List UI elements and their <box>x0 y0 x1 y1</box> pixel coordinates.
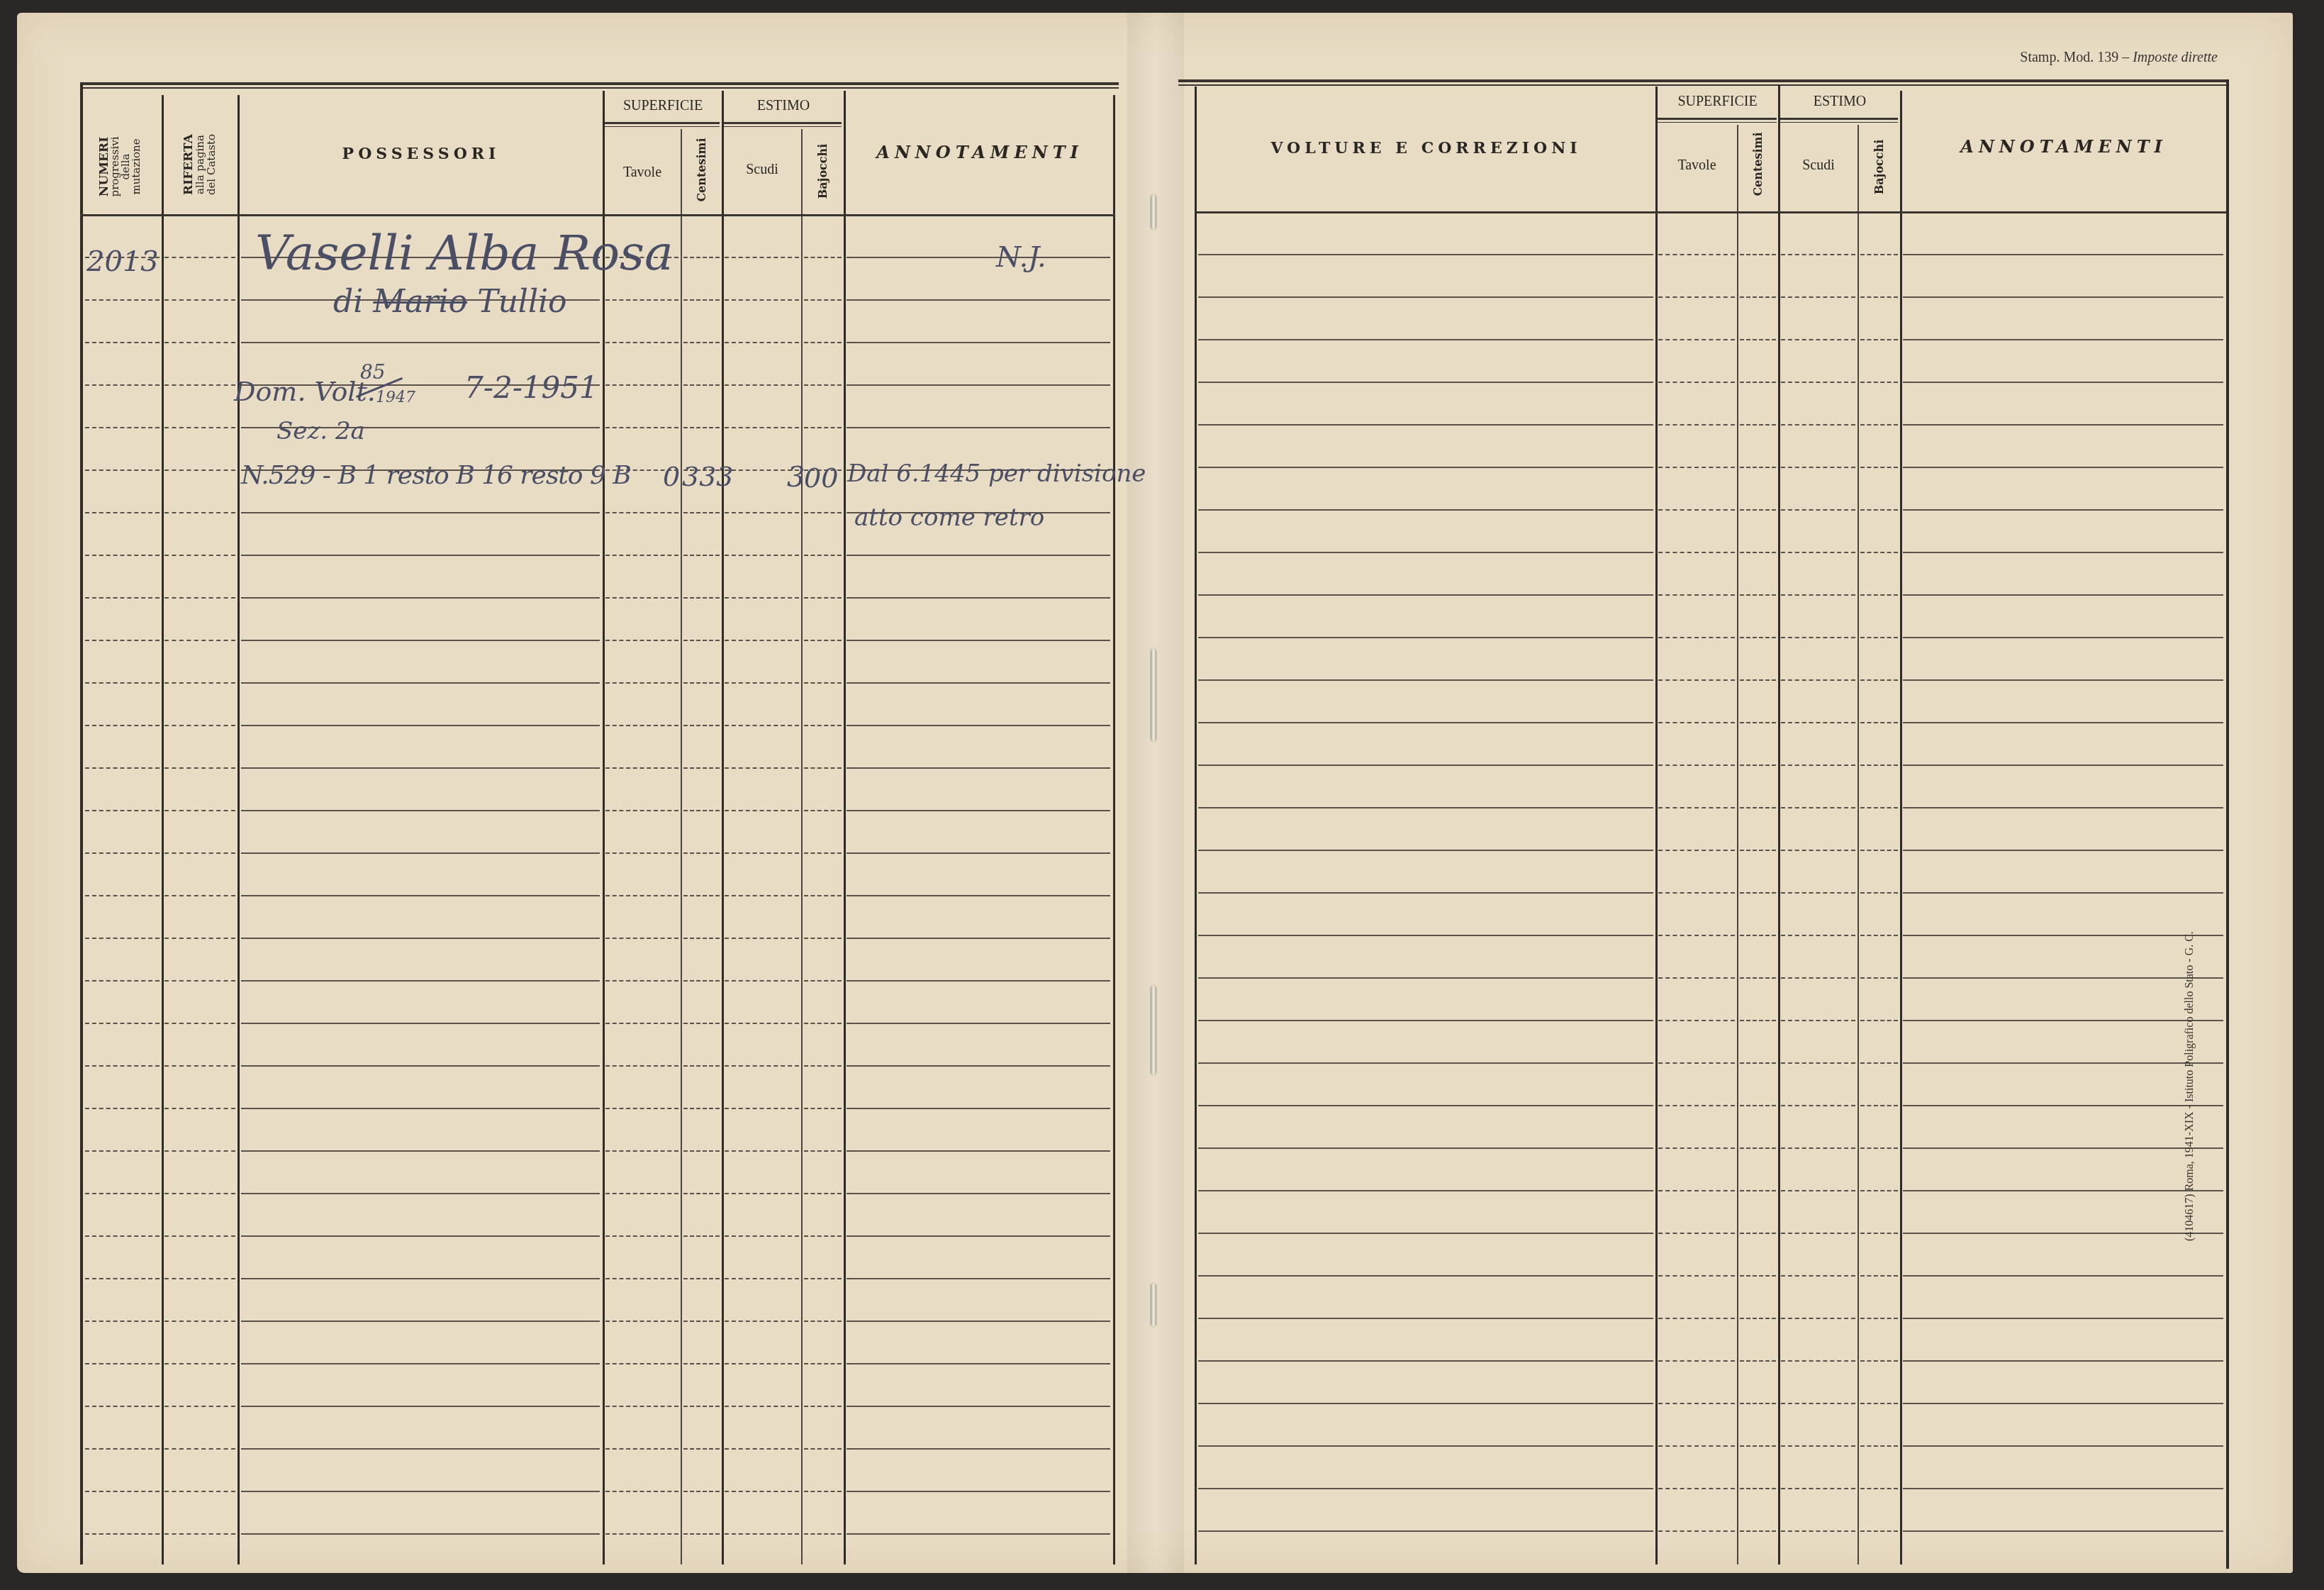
row-rule <box>85 1193 160 1194</box>
row-rule <box>1198 509 1653 511</box>
row-rule <box>1781 1403 1855 1404</box>
row-rule <box>605 1533 678 1535</box>
header-centesimi: Centesimi <box>1751 122 1765 207</box>
col-divider <box>844 91 846 1564</box>
row-rule <box>1740 1147 1776 1149</box>
row-rule <box>683 1150 720 1152</box>
row-rule <box>847 1150 1110 1152</box>
row-rule <box>85 682 160 684</box>
header-possessori: POSSESSORI <box>240 145 603 163</box>
row-rule <box>683 1491 720 1492</box>
header-bajocchi: Bajocchi <box>1872 125 1886 210</box>
row-rule <box>1903 807 2223 808</box>
row-rule <box>1781 1360 1855 1362</box>
header-centesimi: Centesimi <box>695 128 708 213</box>
row-rule <box>804 342 842 343</box>
row-rule <box>1860 1190 1898 1191</box>
row-rule <box>847 852 1110 854</box>
row-rule <box>85 980 160 982</box>
group-underline <box>1780 122 1898 123</box>
row-rule <box>847 1363 1110 1364</box>
row-rule <box>1781 1530 1855 1532</box>
row-rule <box>804 810 842 811</box>
row-rule <box>1740 977 1776 979</box>
row-rule <box>241 597 600 599</box>
row-rule <box>85 895 160 896</box>
row-rule <box>1860 1318 1898 1319</box>
row-rule <box>605 895 678 896</box>
row-rule <box>1658 1530 1735 1532</box>
row-rule <box>683 1533 720 1535</box>
row-rule <box>804 682 842 684</box>
row-rule <box>85 1150 160 1152</box>
row-rule <box>605 852 678 854</box>
row-rule <box>85 852 160 854</box>
row-rule <box>1860 722 1898 723</box>
header-volture: VOLTURE E CORREZIONI <box>1197 139 1655 157</box>
row-rule <box>804 257 842 258</box>
row-rule <box>1740 382 1776 383</box>
row-rule <box>164 384 235 386</box>
row-rule <box>1860 807 1898 808</box>
row-rule <box>1860 552 1898 553</box>
row-rule <box>1740 1530 1776 1532</box>
row-rule <box>683 938 720 939</box>
row-rule <box>804 725 842 726</box>
row-rule <box>605 299 678 301</box>
row-rule <box>164 725 235 726</box>
row-rule <box>847 725 1110 726</box>
row-rule <box>1903 1318 2223 1319</box>
entry-bajocchi: 00 <box>804 462 838 494</box>
row-rule <box>725 1065 799 1067</box>
printer-imprint: (4104617) Roma, 1941-XIX - Istituto Poli… <box>2184 745 2196 1241</box>
row-rule <box>1781 1062 1855 1064</box>
group-underline <box>1780 118 1898 120</box>
row-rule <box>725 1448 799 1450</box>
form-stamp: Stamp. Mod. 139 – Imposte dirette <box>2020 50 2218 66</box>
row-rule <box>1860 254 1898 255</box>
row-rule <box>1658 552 1735 553</box>
row-rule <box>1903 1530 2223 1532</box>
row-rule <box>605 1108 678 1109</box>
row-rule <box>725 384 799 386</box>
row-rule <box>1198 1233 1653 1234</box>
row-rule <box>605 427 678 428</box>
row-rule <box>85 1363 160 1364</box>
row-rule <box>683 810 720 811</box>
row-rule <box>1781 807 1855 808</box>
row-rule <box>164 980 235 982</box>
row-rule <box>241 640 600 641</box>
row-rule <box>85 555 160 556</box>
row-rule <box>804 1278 842 1279</box>
row-rule <box>683 852 720 854</box>
row-rule <box>725 555 799 556</box>
row-rule <box>1658 1147 1735 1149</box>
header-annotamenti: ANNOTAMENTI <box>845 142 1114 162</box>
row-rule <box>1860 892 1898 894</box>
row-rule <box>847 980 1110 982</box>
row-rule <box>1198 1530 1653 1532</box>
row-rule <box>1781 1318 1855 1319</box>
row-rule <box>164 469 235 471</box>
row-rule <box>1781 1445 1855 1447</box>
row-rule <box>1903 1403 2223 1404</box>
row-rule <box>605 597 678 599</box>
row-rule <box>1658 850 1735 851</box>
row-rule <box>1658 1190 1735 1191</box>
row-rule <box>847 895 1110 896</box>
row-rule <box>164 512 235 513</box>
row-rule <box>804 1448 842 1450</box>
row-rule <box>164 640 235 641</box>
row-rule <box>85 342 160 343</box>
row-rule <box>1903 339 2223 340</box>
row-rule <box>241 1108 600 1109</box>
form-stamp-subtitle: Imposte dirette <box>2133 50 2218 65</box>
row-rule <box>1860 1360 1898 1362</box>
row-rule <box>164 1023 235 1024</box>
col-divider <box>801 129 803 1564</box>
row-rule <box>85 725 160 726</box>
row-rule <box>1860 1233 1898 1234</box>
row-rule <box>1860 679 1898 681</box>
row-rule <box>1860 1445 1898 1447</box>
row-rule <box>847 257 1110 258</box>
row-rule <box>85 1406 160 1407</box>
header-estimo: ESTIMO <box>1780 94 1900 110</box>
row-rule <box>1740 679 1776 681</box>
row-rule <box>847 1321 1110 1322</box>
row-rule <box>804 384 842 386</box>
row-rule <box>1658 1062 1735 1064</box>
row-rule <box>1860 637 1898 638</box>
col-divider <box>238 95 240 1564</box>
row-rule <box>804 1363 842 1364</box>
row-rule <box>1860 339 1898 340</box>
row-rule <box>683 1363 720 1364</box>
header-bottom-rule <box>1197 211 2226 213</box>
col-divider <box>1900 91 1902 1564</box>
row-rule <box>683 427 720 428</box>
row-rule <box>683 257 720 258</box>
col-divider <box>603 91 605 1564</box>
row-rule <box>241 1406 600 1407</box>
row-rule <box>1903 679 2223 681</box>
row-rule <box>1903 552 2223 553</box>
entry-annotation-top: N.J. <box>996 241 1046 274</box>
row-rule <box>164 895 235 896</box>
row-rule <box>725 1363 799 1364</box>
row-rule <box>1903 467 2223 468</box>
row-rule <box>1781 467 1855 468</box>
row-rule <box>1658 977 1735 979</box>
row-rule <box>1198 1445 1653 1447</box>
row-rule <box>605 682 678 684</box>
row-rule <box>1781 1105 1855 1106</box>
row-rule <box>1903 765 2223 766</box>
row-rule <box>1740 1360 1776 1362</box>
header-superficie: SUPERFICIE <box>1657 94 1778 110</box>
row-rule <box>164 257 235 258</box>
row-rule <box>1903 892 2223 894</box>
row-rule <box>1860 850 1898 851</box>
row-rule <box>1658 339 1735 340</box>
right-border <box>1113 95 1115 1564</box>
row-rule <box>1781 1020 1855 1021</box>
staple <box>1151 649 1156 741</box>
row-rule <box>1740 339 1776 340</box>
row-rule <box>725 1023 799 1024</box>
entry-scudi: 3 <box>787 461 805 494</box>
row-rule <box>804 427 842 428</box>
row-rule <box>1903 935 2223 936</box>
group-underline <box>724 122 842 124</box>
row-rule <box>1860 1020 1898 1021</box>
row-rule <box>85 1108 160 1109</box>
row-rule <box>847 342 1110 343</box>
row-rule <box>1658 1020 1735 1021</box>
row-rule <box>725 1533 799 1535</box>
row-rule <box>1198 1488 1653 1489</box>
row-rule <box>725 1406 799 1407</box>
row-rule <box>241 1321 600 1322</box>
header-riferta-line: RIFERTA <box>183 115 194 214</box>
row-rule <box>1658 382 1735 383</box>
row-rule <box>1860 509 1898 511</box>
header-annotamenti: ANNOTAMENTI <box>1901 136 2226 157</box>
row-rule <box>804 1150 842 1152</box>
staple <box>1151 986 1156 1074</box>
group-underline <box>1658 118 1777 120</box>
row-rule <box>804 1406 842 1407</box>
staple <box>1151 1284 1156 1326</box>
row-rule <box>1658 1233 1735 1234</box>
row-rule <box>164 1448 235 1450</box>
row-rule <box>85 1448 160 1450</box>
row-rule <box>683 682 720 684</box>
row-rule <box>241 512 600 513</box>
row-rule <box>725 1278 799 1279</box>
row-rule <box>1658 765 1735 766</box>
col-divider <box>1737 125 1738 1564</box>
group-underline <box>724 126 842 127</box>
row-rule <box>241 1193 600 1194</box>
row-rule <box>1860 467 1898 468</box>
row-rule <box>847 682 1110 684</box>
row-rule <box>1860 382 1898 383</box>
row-rule <box>804 640 842 641</box>
row-rule <box>164 767 235 769</box>
row-rule <box>683 384 720 386</box>
row-rule <box>1198 594 1653 596</box>
col-divider <box>162 95 164 1564</box>
row-rule <box>605 512 678 513</box>
row-rule <box>605 1065 678 1067</box>
row-rule <box>847 1235 1110 1237</box>
row-rule <box>1198 1360 1653 1362</box>
row-rule <box>241 1023 600 1024</box>
entry-voltura-sez: Sez. 2a <box>276 417 365 445</box>
header-top-rule <box>80 82 1119 85</box>
row-rule <box>164 852 235 854</box>
row-rule <box>1781 509 1855 511</box>
row-rule <box>725 597 799 599</box>
row-rule <box>1903 1233 2223 1234</box>
row-rule <box>1903 382 2223 383</box>
row-rule <box>1740 1318 1776 1319</box>
row-rule <box>847 640 1110 641</box>
header-bottom-rule <box>80 214 1115 216</box>
row-rule <box>605 555 678 556</box>
row-rule <box>847 1108 1110 1109</box>
row-rule <box>847 810 1110 811</box>
row-rule <box>85 597 160 599</box>
row-rule <box>1740 552 1776 553</box>
row-rule <box>725 257 799 258</box>
row-rule <box>683 1448 720 1450</box>
row-rule <box>804 1491 842 1492</box>
row-rule <box>164 299 235 301</box>
row-rule <box>85 469 160 471</box>
row-rule <box>804 299 842 301</box>
row-rule <box>85 1235 160 1237</box>
entry-possessore-di: di Mario Tullio <box>333 284 567 320</box>
possessore-di-prefix: di <box>333 284 363 320</box>
row-rule <box>241 1533 600 1535</box>
row-rule <box>241 1448 600 1450</box>
row-rule <box>683 299 720 301</box>
row-rule <box>164 1150 235 1152</box>
row-rule <box>164 1321 235 1322</box>
row-rule <box>1198 1403 1653 1404</box>
row-rule <box>1198 1147 1653 1149</box>
entry-voltura-num: 85 <box>360 360 386 384</box>
row-rule <box>1781 254 1855 255</box>
row-rule <box>1658 424 1735 426</box>
row-rule <box>683 640 720 641</box>
row-rule <box>1903 296 2223 298</box>
row-rule <box>847 1023 1110 1024</box>
row-rule <box>85 1321 160 1322</box>
row-rule <box>1903 1360 2223 1362</box>
row-rule <box>847 1448 1110 1450</box>
row-rule <box>164 597 235 599</box>
row-rule <box>1903 594 2223 596</box>
entry-voltura-ref: Dom. Volt. <box>234 376 376 407</box>
row-rule <box>1860 1530 1898 1532</box>
row-rule <box>1860 1488 1898 1489</box>
row-rule <box>1781 765 1855 766</box>
row-rule <box>241 852 600 854</box>
row-rule <box>1198 254 1653 255</box>
row-rule <box>241 895 600 896</box>
row-rule <box>1903 254 2223 255</box>
row-rule <box>1903 977 2223 979</box>
entry-voltura-year: 1947 <box>376 389 415 406</box>
row-rule <box>1658 1403 1735 1404</box>
row-rule <box>1781 382 1855 383</box>
row-rule <box>725 895 799 896</box>
row-rule <box>725 1235 799 1237</box>
row-rule <box>85 512 160 513</box>
row-rule <box>1198 935 1653 936</box>
row-rule <box>683 1193 720 1194</box>
row-rule <box>605 1023 678 1024</box>
row-rule <box>1740 1190 1776 1191</box>
row-rule <box>1658 1318 1735 1319</box>
row-rule <box>1903 1020 2223 1021</box>
row-rule <box>1198 850 1653 851</box>
row-rule <box>164 1278 235 1279</box>
row-rule <box>1740 1403 1776 1404</box>
row-rule <box>725 1108 799 1109</box>
row-rule <box>804 938 842 939</box>
row-rule <box>605 1406 678 1407</box>
row-rule <box>1781 679 1855 681</box>
row-rule <box>85 938 160 939</box>
row-rule <box>1658 679 1735 681</box>
staple <box>1151 195 1156 229</box>
row-rule <box>241 938 600 939</box>
row-rule <box>605 938 678 939</box>
row-rule <box>1198 1020 1653 1021</box>
row-rule <box>1740 1488 1776 1489</box>
row-rule <box>683 725 720 726</box>
row-rule <box>1658 254 1735 255</box>
row-rule <box>804 1065 842 1067</box>
row-rule <box>1658 1445 1735 1447</box>
row-rule <box>1903 722 2223 723</box>
row-rule <box>1198 807 1653 808</box>
entry-voltura-date: 7-2-1951 <box>464 370 598 405</box>
entry-possessore-name: Vaselli Alba Rosa <box>255 226 674 282</box>
row-rule <box>725 852 799 854</box>
row-rule <box>847 1278 1110 1279</box>
row-rule <box>1740 1233 1776 1234</box>
row-rule <box>1740 1062 1776 1064</box>
row-rule <box>1198 1318 1653 1319</box>
row-rule <box>725 342 799 343</box>
possessore-father-struck: Mario <box>373 284 467 320</box>
row-rule <box>85 1491 160 1492</box>
row-rule <box>1860 935 1898 936</box>
row-rule <box>164 555 235 556</box>
row-rule <box>1740 850 1776 851</box>
row-rule <box>164 1235 235 1237</box>
header-scudi: Scudi <box>723 162 801 178</box>
row-rule <box>1903 637 2223 638</box>
row-rule <box>1781 977 1855 979</box>
row-rule <box>847 767 1110 769</box>
row-rule <box>725 1491 799 1492</box>
row-rule <box>725 512 799 513</box>
row-rule <box>1860 1275 1898 1277</box>
row-rule <box>1658 296 1735 298</box>
row-rule <box>683 555 720 556</box>
row-rule <box>804 980 842 982</box>
header-numeri-line: mutazione <box>131 117 142 216</box>
row-rule <box>1903 1062 2223 1064</box>
row-rule <box>683 1321 720 1322</box>
row-rule <box>164 342 235 343</box>
row-rule <box>1903 424 2223 426</box>
row-rule <box>241 725 600 726</box>
row-rule <box>847 427 1110 428</box>
entry-parcel: N.529 - B 1 resto B 16 resto 9 B <box>241 461 631 490</box>
row-rule <box>85 810 160 811</box>
